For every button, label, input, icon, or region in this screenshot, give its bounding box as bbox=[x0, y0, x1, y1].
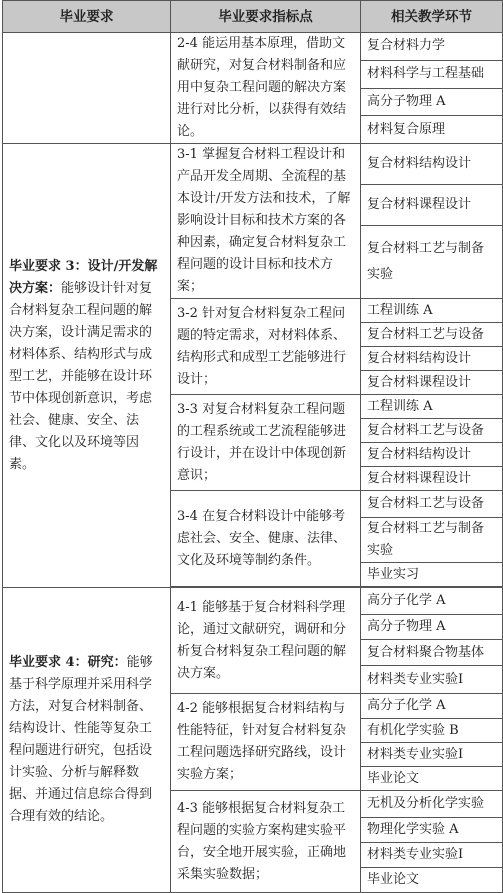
course-cell: 物理化学实验 A bbox=[361, 818, 503, 837]
course-cell: 复合材料课程设计 bbox=[361, 185, 503, 226]
course-cell: 工程训练 A bbox=[361, 299, 503, 323]
course-cell: 毕业论文 bbox=[361, 767, 503, 791]
course-cell: 工程训练 A bbox=[361, 395, 503, 419]
indicator-3-2: 3-2 针对复合材料复杂工程问题的特定需求，对材料体系、结构形式和成型工艺能够进… bbox=[171, 299, 361, 395]
course-cell: 复合材料工艺与设备 bbox=[361, 491, 503, 518]
table-row: 毕业要求 3：设计/开发解决方案：能够设计针对复合材料复杂工程问题的解决方案，设… bbox=[3, 144, 503, 185]
course-cell: 有机化学实验 B bbox=[361, 719, 503, 743]
course-cell: 复合材料结构设计 bbox=[361, 443, 503, 467]
requirement-cell bbox=[3, 33, 171, 144]
indicator-3-1: 3-1 掌握复合材料工程设计和产品开发全周期、全流程的基本设计/开发方法和技术，… bbox=[171, 144, 361, 299]
course-cell: 材料类专业实验I bbox=[361, 666, 503, 694]
course-cell: 材料类专业实验I bbox=[361, 743, 503, 767]
indicator-4-1: 4-1 能够基于复合材料科学理论，通过文献研究，调研和分析复合材料复杂工程问题的… bbox=[171, 588, 361, 694]
course-cell: 高分子化学 A bbox=[361, 694, 503, 719]
table-row: 毕业要求 4：研究：能够基于科学原理并采用科学方法，对复合材料制备、结构设计、性… bbox=[3, 588, 503, 615]
table-row: 2-4 能运用基本原理，借助文献研究，对复合材料制备和应用中复杂工程问题的解决方… bbox=[3, 33, 503, 61]
header-requirement: 毕业要求 bbox=[3, 1, 171, 33]
indicator-3-3: 3-3 对复合材料复杂工程问题的工程系统或工艺流程能够进行设计，并在设计中体现创… bbox=[171, 395, 361, 491]
indicator-3-4: 3-4 在复合材料设计中能够考虑社会、安全、健康、法律、文化及环境等制约条件。 bbox=[171, 491, 361, 587]
course-cell: 复合材料结构设计 bbox=[361, 347, 503, 371]
course-cell: 复合材料工艺与制备实验 bbox=[361, 226, 503, 299]
course-cell: 高分子化学 A bbox=[361, 588, 503, 615]
requirement-3-cell: 毕业要求 3：设计/开发解决方案：能够设计针对复合材料复杂工程问题的解决方案，设… bbox=[3, 144, 171, 588]
course-cell: 复合材料聚合物基体 bbox=[361, 640, 503, 666]
course-cell: 材料复合原理 bbox=[361, 116, 503, 144]
course-cell: 复合材料课程设计 bbox=[361, 467, 503, 491]
course-cell: 复合材料工艺与制备实验 bbox=[361, 518, 503, 563]
requirement-4-cell: 毕业要求 4：研究：能够基于科学原理并采用科学方法，对复合材料制备、结构设计、性… bbox=[3, 588, 171, 837]
course-cell: 高分子物理 A bbox=[361, 88, 503, 116]
course-cell: 复合材料工艺与设备 bbox=[361, 419, 503, 443]
course-cell: 复合材料力学 bbox=[361, 33, 503, 61]
course-cell: 毕业实习 bbox=[361, 563, 503, 587]
header-indicator: 毕业要求指标点 bbox=[171, 1, 361, 33]
course-cell: 复合材料工艺与设备 bbox=[361, 323, 503, 347]
indicator-4-2: 4-2 能够根据复合材料结构与性能特征，针对复合材料复杂工程问题选择研究路线，设… bbox=[171, 694, 361, 791]
course-cell: 材料科学与工程基础 bbox=[361, 60, 503, 88]
header-courses: 相关教学环节 bbox=[361, 1, 503, 33]
indicator-2-4: 2-4 能运用基本原理，借助文献研究，对复合材料制备和应用中复杂工程问题的解决方… bbox=[171, 33, 361, 144]
course-cell: 无机及分析化学实验 bbox=[361, 791, 503, 818]
graduation-requirements-table: 毕业要求 毕业要求指标点 相关教学环节 2-4 能运用基本原理，借助文献研究，对… bbox=[2, 0, 503, 836]
course-cell: 复合材料课程设计 bbox=[361, 371, 503, 395]
indicator-4-3: 4-3 能够根据复合材料复杂工程问题的实验方案构建实验平台，安全地开展实验，正确… bbox=[171, 791, 361, 837]
course-cell: 高分子物理 A bbox=[361, 615, 503, 640]
table-header-row: 毕业要求 毕业要求指标点 相关教学环节 bbox=[3, 1, 503, 33]
course-cell: 复合材料结构设计 bbox=[361, 144, 503, 185]
